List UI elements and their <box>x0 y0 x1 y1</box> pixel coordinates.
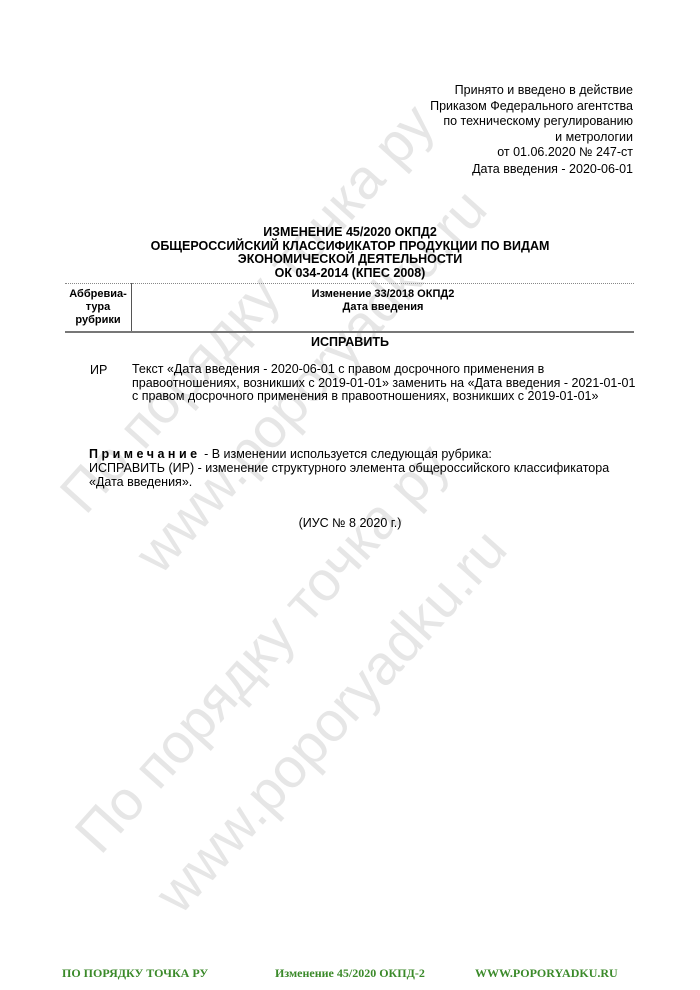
footer-right-link[interactable]: WWW.POPORYADKU.RU <box>475 966 618 981</box>
ius-reference: (ИУС № 8 2020 г.) <box>0 516 700 530</box>
approval-line: Принято и введено в действие <box>430 83 633 99</box>
intro-date: Дата введения - 2020-06-01 <box>472 162 633 176</box>
abbr-header-line: Аббревиа- <box>67 288 129 301</box>
abbr-header-line: тура <box>67 301 129 314</box>
note-block: Примечание - В изменении используется сл… <box>89 447 629 489</box>
approval-line: от 01.06.2020 № 247-ст <box>430 145 633 161</box>
main-header-line: Изменение 33/2018 ОКПД2 <box>134 288 632 301</box>
document-title: ИЗМЕНЕНИЕ 45/2020 ОКПД2 ОБЩЕРОССИЙСКИЙ К… <box>0 226 700 280</box>
approval-line: Приказом Федерального агентства <box>430 99 633 115</box>
approval-line: по техническому регулированию <box>430 114 633 130</box>
entry-text: Текст «Дата введения - 2020-06-01 с прав… <box>132 363 642 404</box>
title-line: ОК 034-2014 (КПЕС 2008) <box>0 267 700 281</box>
note-label: Примечание <box>89 447 201 461</box>
footer-center: Изменение 45/2020 ОКПД-2 <box>275 966 425 981</box>
abbr-header-line: рубрики <box>67 314 129 327</box>
title-line: ИЗМЕНЕНИЕ 45/2020 ОКПД2 <box>0 226 700 240</box>
approval-line: и метрологии <box>430 130 633 146</box>
rubric-table: Аббревиа- тура рубрики Изменение 33/2018… <box>65 283 634 333</box>
footer-left: ПО ПОРЯДКУ ТОЧКА РУ <box>62 966 208 981</box>
title-line: ОБЩЕРОССИЙСКИЙ КЛАССИФИКАТОР ПРОДУКЦИИ П… <box>0 240 700 254</box>
approval-block: Принято и введено в действие Приказом Фе… <box>430 83 633 161</box>
note-intro: - В изменении используется следующая руб… <box>201 447 492 461</box>
title-line: ЭКОНОМИЧЕСКОЙ ДЕЯТЕЛЬНОСТИ <box>0 253 700 267</box>
note-text: ИСПРАВИТЬ (ИР) - изменение структурного … <box>89 461 629 489</box>
abbr-header-cell: Аббревиа- тура рубрики <box>65 284 132 333</box>
main-header-line: Дата введения <box>134 301 632 314</box>
action-heading: ИСПРАВИТЬ <box>0 335 700 349</box>
entry-code: ИР <box>90 363 107 377</box>
main-header-cell: Изменение 33/2018 ОКПД2 Дата введения <box>132 284 635 333</box>
document-page: Принято и введено в действие Приказом Фе… <box>0 0 700 990</box>
